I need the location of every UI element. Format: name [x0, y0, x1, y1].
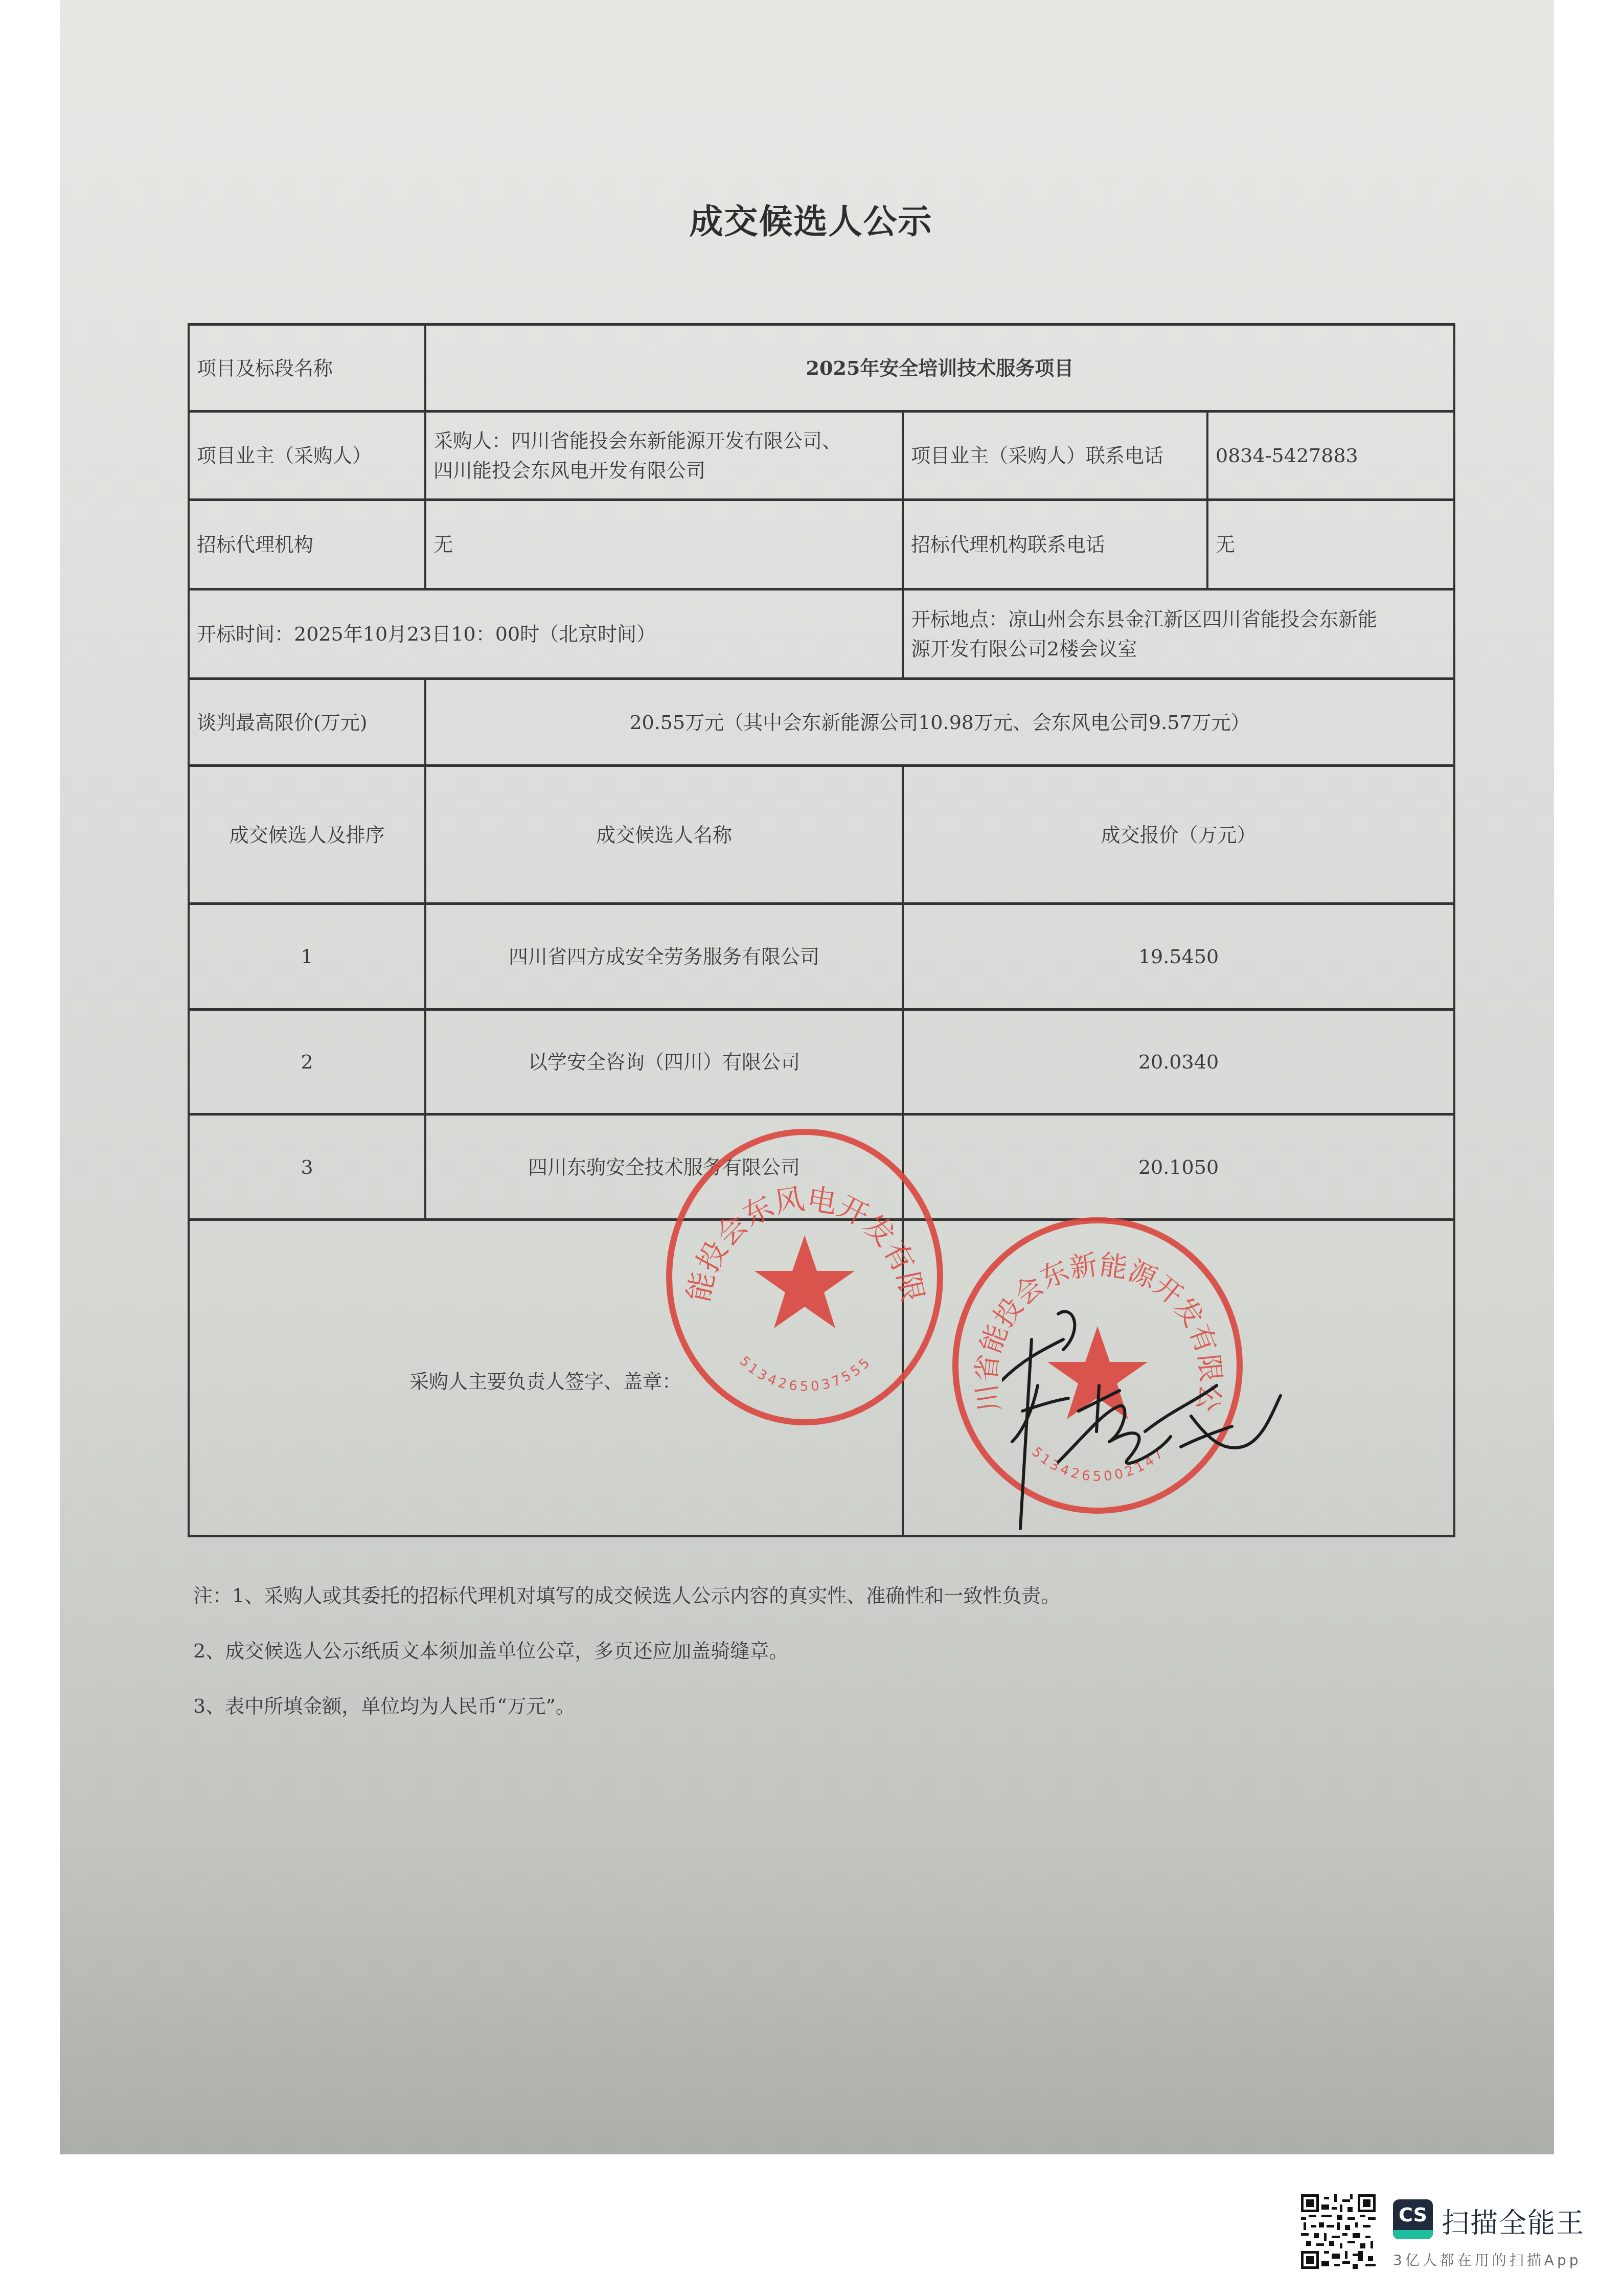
note-3: 3、表中所填金额，单位均为人民币“万元”。	[193, 1690, 1060, 1745]
logo-text: CS	[1393, 2203, 1433, 2226]
company-seal-wind-power: 四川能投会东风电开发有限公司 5134265037555	[662, 1128, 949, 1429]
header-rank: 成交候选人及排序	[190, 767, 424, 902]
header-name: 成交候选人名称	[426, 767, 902, 902]
svg-text:5134265037555: 5134265037555	[736, 1353, 875, 1394]
page-title: 成交候选人公示	[0, 194, 1622, 243]
value-project-name: 2025年安全培训技术服务项目	[426, 326, 1453, 410]
open-place-line-2: 源开发有限公司2楼会议室	[911, 634, 1137, 664]
table-row-1-name: 四川省四方成安全劳务服务有限公司	[426, 905, 902, 1008]
label-agency: 招标代理机构	[190, 501, 424, 588]
app-name: 扫描全能王	[1442, 2201, 1585, 2241]
app-slogan: 3亿人都在用的扫描App	[1393, 2249, 1582, 2270]
label-max-price: 谈判最高限价(万元)	[190, 680, 424, 764]
table-row-2-rank: 2	[190, 1011, 424, 1113]
notes-section: 注：1、采购人或其委托的招标代理机对填写的成交候选人公示内容的真实性、准确性和一…	[193, 1580, 1060, 1745]
table-row-1-rank: 1	[190, 905, 424, 1008]
open-place: 开标地点：凉山州会东县金江新区四川省能投会东新能 源开发有限公司2楼会议室	[904, 590, 1453, 677]
open-place-line-1: 开标地点：凉山州会东县金江新区四川省能投会东新能	[911, 604, 1377, 634]
value-agency: 无	[426, 501, 902, 588]
open-time: 开标时间：2025年10月23日10：00时（北京时间）	[190, 590, 902, 677]
seal-1-code: 5134265037555	[736, 1353, 875, 1394]
value-owner-phone: 0834-5427883	[1208, 413, 1453, 498]
qr-code-icon[interactable]	[1301, 2194, 1376, 2269]
table-row-2-price: 20.0340	[904, 1011, 1453, 1113]
star-icon	[755, 1235, 855, 1328]
label-project-name: 项目及标段名称	[190, 326, 424, 410]
owner-line-2: 四川能投会东风电开发有限公司	[433, 456, 705, 485]
camscanner-logo-icon[interactable]: CS	[1393, 2199, 1433, 2239]
header-price: 成交报价（万元）	[904, 767, 1453, 902]
handwritten-signature	[1002, 1309, 1288, 1544]
table-row-3-price: 20.1050	[904, 1116, 1453, 1218]
table-row-3-rank: 3	[190, 1116, 424, 1218]
owner-line-1: 采购人：四川省能投会东新能源开发有限公司、	[433, 426, 841, 456]
note-1: 注：1、采购人或其委托的招标代理机对填写的成交候选人公示内容的真实性、准确性和一…	[193, 1580, 1060, 1635]
value-max-price: 20.55万元（其中会东新能源公司10.98万元、会东风电公司9.57万元）	[426, 680, 1453, 764]
value-agency-phone: 无	[1208, 501, 1453, 588]
label-owner-phone: 项目业主（采购人）联系电话	[904, 413, 1206, 498]
note-2: 2、成交候选人公示纸质文本须加盖单位公章，多页还应加盖骑缝章。	[193, 1635, 1060, 1690]
value-owner: 采购人：四川省能投会东新能源开发有限公司、 四川能投会东风电开发有限公司	[426, 413, 902, 498]
table-row-2-name: 以学安全咨询（四川）有限公司	[426, 1011, 902, 1113]
label-agency-phone: 招标代理机构联系电话	[904, 501, 1206, 588]
table-row-1-price: 19.5450	[904, 905, 1453, 1008]
camscanner-watermark: CS 扫描全能王 3亿人都在用的扫描App	[1301, 2194, 1587, 2271]
label-owner: 项目业主（采购人）	[190, 413, 424, 498]
